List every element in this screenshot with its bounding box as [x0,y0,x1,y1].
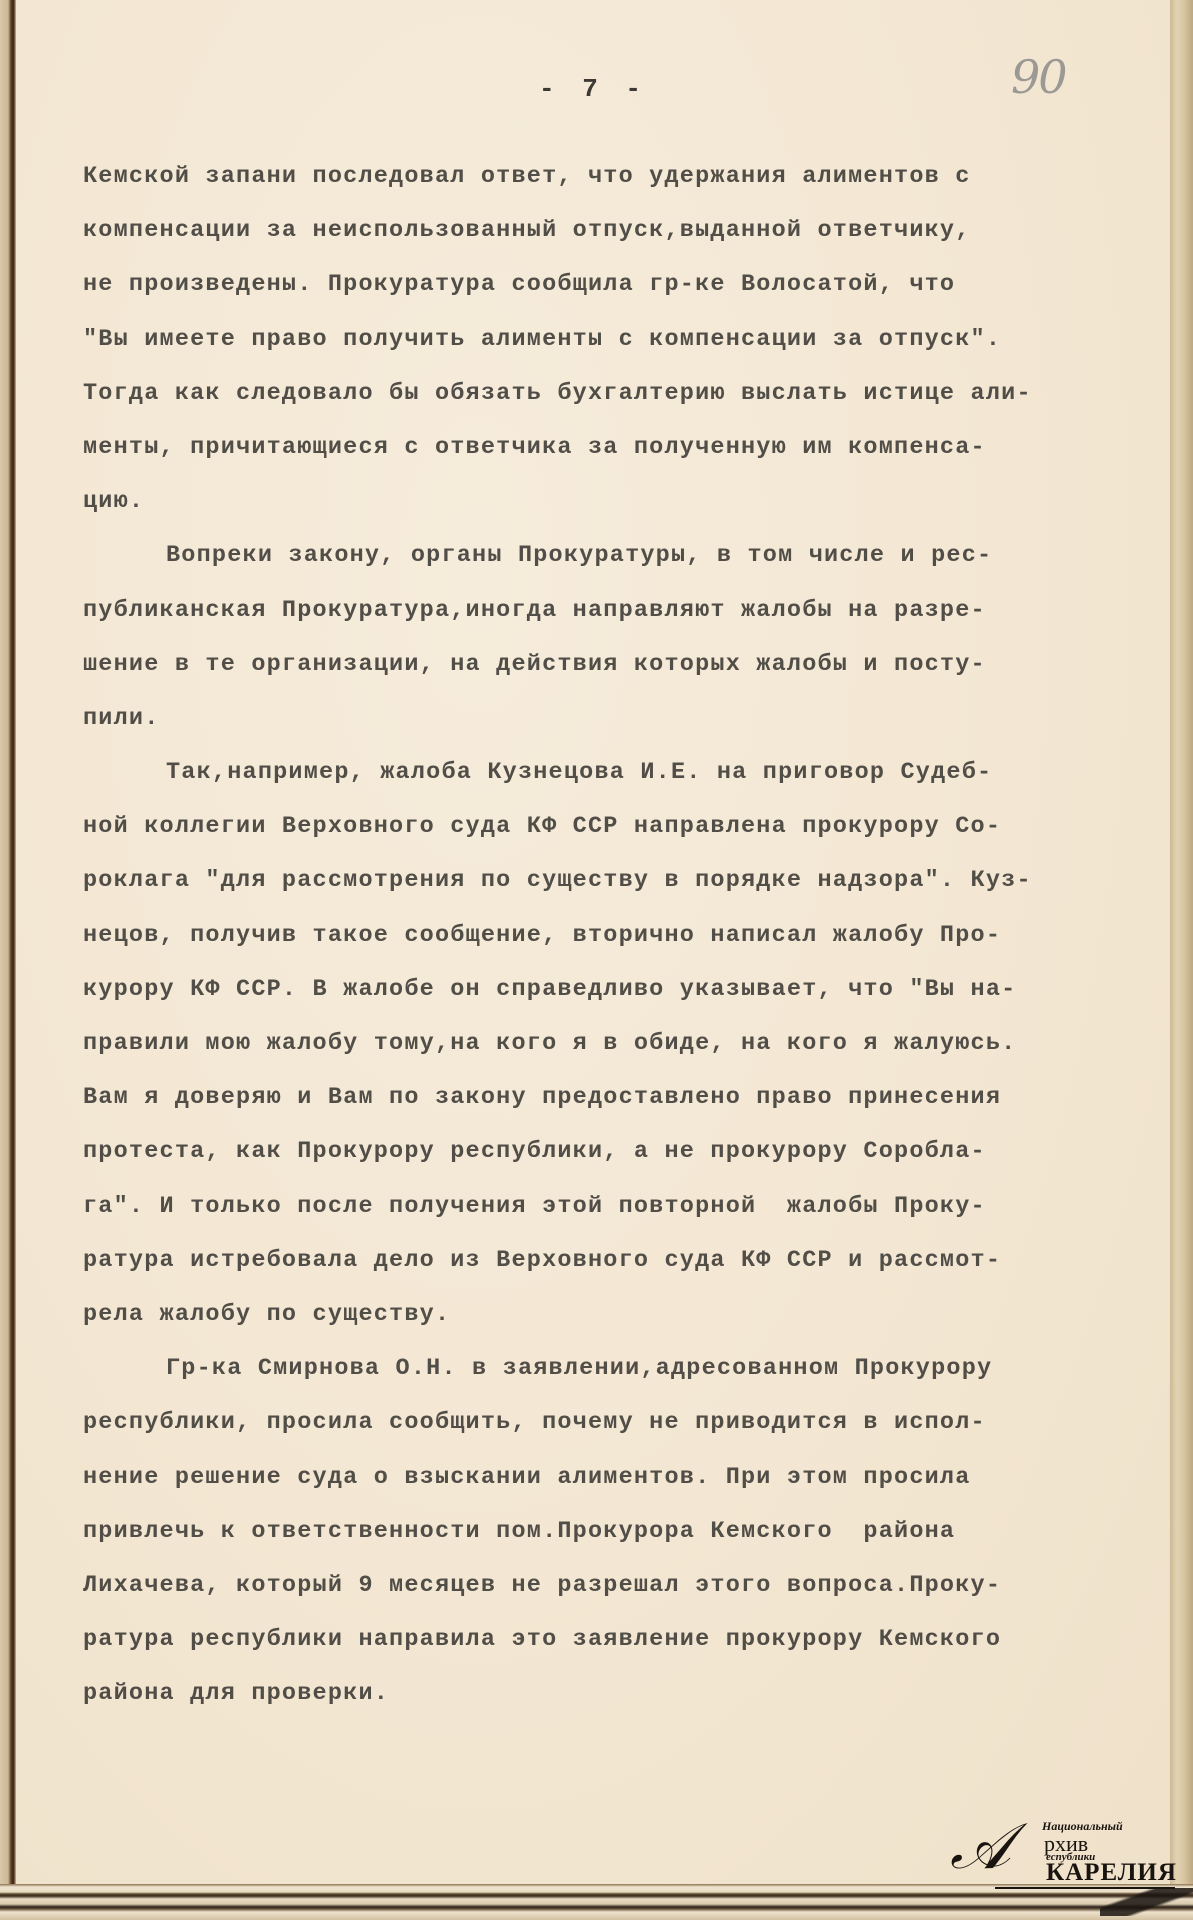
text-line: менты, причитающиеся с ответчика за полу… [83,421,1183,475]
text-line: Так,например, жалоба Кузнецова И.Е. на п… [83,746,1183,800]
logo-monogram-icon: 𝒜 [950,1815,1011,1879]
text-line: протеста, как Прокурору республики, а не… [83,1125,1183,1179]
text-line: нение решение суда о взыскании алиментов… [83,1451,1183,1505]
text-line: Вам я доверяю и Вам по закону предоставл… [83,1071,1183,1125]
archive-logo: 𝒜 Национальный рхив еспублики КАРЕЛИЯ [950,1815,1180,1890]
text-line: Лихачева, который 9 месяцев не разрешал … [83,1559,1183,1613]
text-line: пили. [83,692,1183,746]
left-binding-edge [0,0,16,1888]
text-line: района для проверки. [83,1667,1183,1721]
text-line: компенсации за неиспользованный отпуск,в… [83,204,1183,258]
text-line: ной коллегии Верховного суда КФ ССР напр… [83,800,1183,854]
logo-line-4: КАРЕЛИЯ [1046,1859,1177,1887]
text-line: "Вы имеете право получить алименты с ком… [83,313,1183,367]
text-line: рела жалобу по существу. [83,1288,1183,1342]
text-line: шение в те организации, на действия кото… [83,638,1183,692]
typewritten-body: Кемской запани последовал ответ, что уде… [83,150,1183,1721]
text-line: Кемской запани последовал ответ, что уде… [83,150,1183,204]
text-line: ратура истребовала дело из Верховного су… [83,1234,1183,1288]
text-line: Гр-ка Смирнова О.Н. в заявлении,адресова… [83,1342,1183,1396]
text-line: га". И только после получения этой повто… [83,1180,1183,1234]
text-line: правили мою жалобу тому,на кого я в обид… [83,1017,1183,1071]
text-line: нецов, получив такое сообщение, вторично… [83,909,1183,963]
text-line: курору КФ ССР. В жалобе он справедливо у… [83,963,1183,1017]
text-line: привлечь к ответственности пом.Прокурора… [83,1505,1183,1559]
text-line: роклага "для рассмотрения по существу в … [83,854,1183,908]
text-line: публиканская Прокуратура,иногда направля… [83,584,1183,638]
quill-icon [1100,1888,1193,1916]
page-number: - 7 - [16,74,1170,104]
text-line: цию. [83,475,1183,529]
text-line: ратура республики направила это заявлени… [83,1613,1183,1667]
handwritten-sheet-number: 90 [1011,50,1066,104]
text-line: не произведены. Прокуратура сообщила гр-… [83,258,1183,312]
text-line: республики, просила сообщить, почему не … [83,1396,1183,1450]
logo-underline [995,1887,1175,1889]
text-line: Вопреки закону, органы Прокуратуры, в то… [83,529,1183,583]
text-line: Тогда как следовало бы обязать бухгалтер… [83,367,1183,421]
